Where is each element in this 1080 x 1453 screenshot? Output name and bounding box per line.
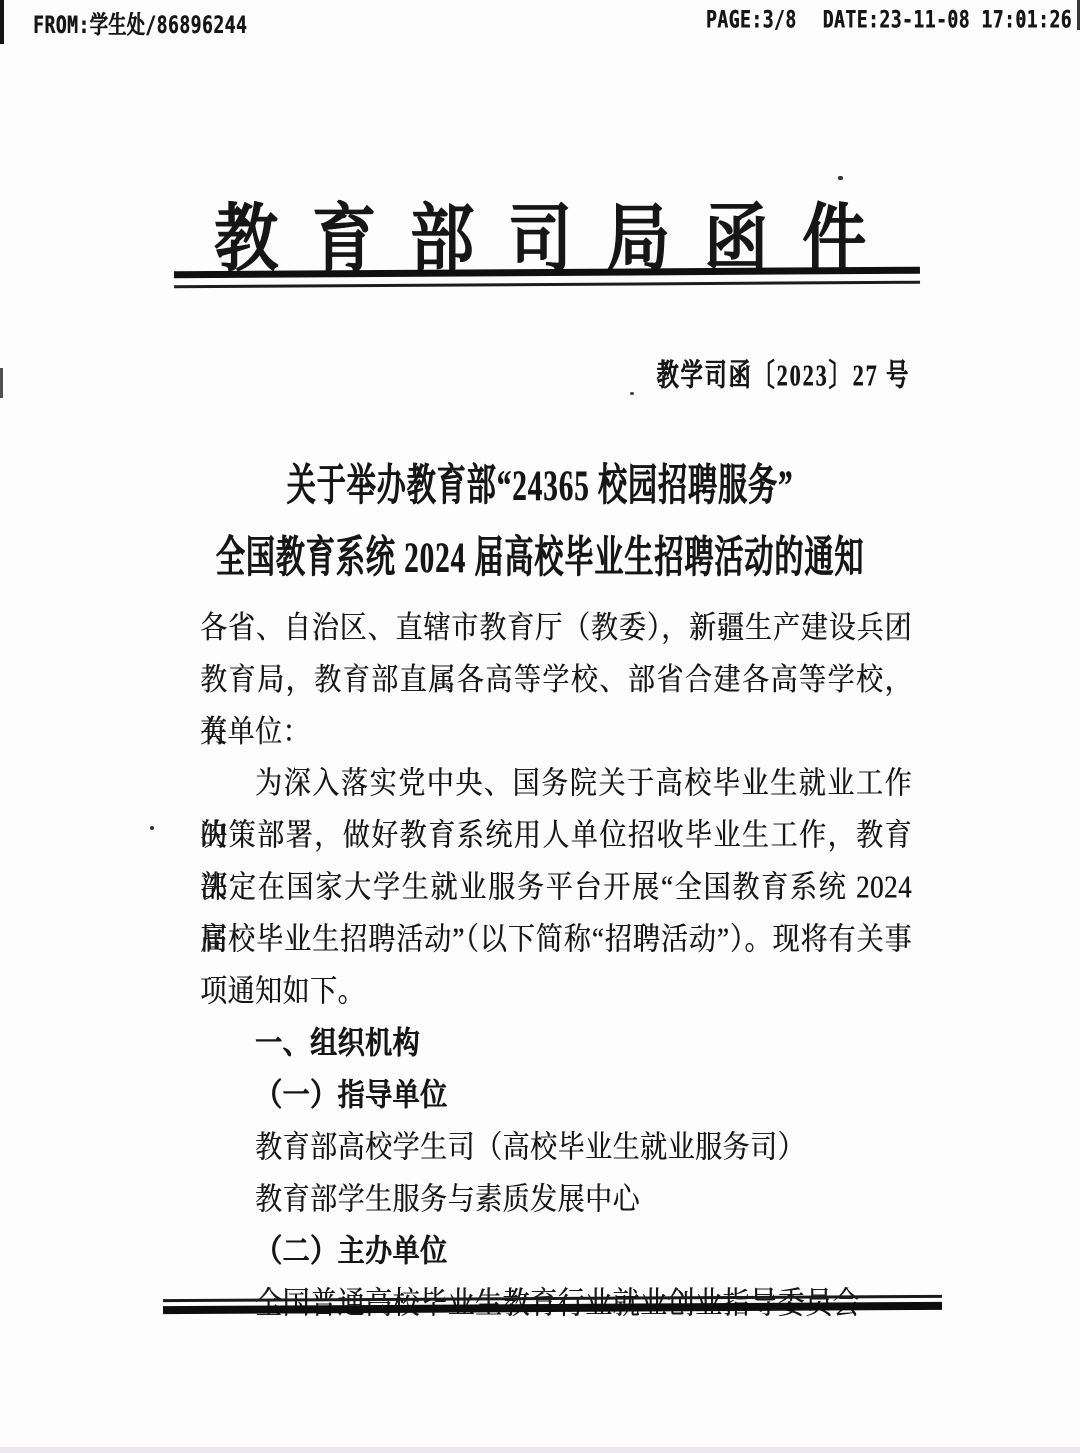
scanned-fax-document: FROM:学生处/86896244 PAGE:3/8 DATE:23-11-08… [0, 0, 1080, 1453]
body-line: 教育部高校学生司（高校毕业生就业服务司） [200, 1122, 912, 1174]
document-number: 教学司函〔2023〕27 号 [656, 352, 910, 395]
body-line: 为深入落实党中央、国务院关于高校毕业生就业工作的 [200, 758, 912, 810]
document-title-line2: 全国教育系统 2024 届高校毕业生招聘活动的通知 [0, 524, 1080, 586]
section-heading: 一、组织机构 [200, 1018, 912, 1070]
fax-header-date: DATE:23-11-08 17:01:26 [823, 6, 1072, 34]
scan-artifact [150, 826, 154, 830]
body-line: 决定在国家大学生就业服务平台开展“全国教育系统 2024 届 [200, 862, 912, 914]
body-line: 各省、自治区、直辖市教育厅（教委），新疆生产建设兵团 [200, 602, 912, 654]
scan-artifact [0, 1447, 1080, 1453]
body-line: 项通知如下。 [200, 966, 912, 1018]
body-line: 教育部学生服务与素质发展中心 [200, 1174, 912, 1226]
body-line: 教育局，教育部直属各高等学校、部省合建各高等学校，有 [200, 654, 912, 706]
scan-artifact [630, 392, 634, 395]
document-title-line1: 关于举办教育部“24365 校园招聘服务” [0, 452, 1080, 514]
fax-header-page: PAGE:3/8 [706, 6, 797, 34]
fax-header-right: PAGE:3/8 DATE:23-11-08 17:01:26 [706, 6, 1072, 34]
scan-artifact [0, 368, 3, 398]
body-line: 决策部署，做好教育系统用人单位招收毕业生工作，教育部 [200, 810, 912, 862]
body-line: 关单位： [200, 706, 912, 758]
subsection-heading: （一）指导单位 [200, 1070, 912, 1122]
subsection-heading: （二）主办单位 [200, 1226, 912, 1278]
document-body: 各省、自治区、直辖市教育厅（教委），新疆生产建设兵团 教育局，教育部直属各高等学… [200, 602, 912, 1330]
scan-artifact [838, 176, 843, 180]
scan-artifact [0, 0, 4, 44]
body-line: 高校毕业生招聘活动”（以下简称“招聘活动”）。现将有关事 [200, 914, 912, 966]
fax-header-from: FROM:学生处/86896244 [33, 6, 247, 41]
